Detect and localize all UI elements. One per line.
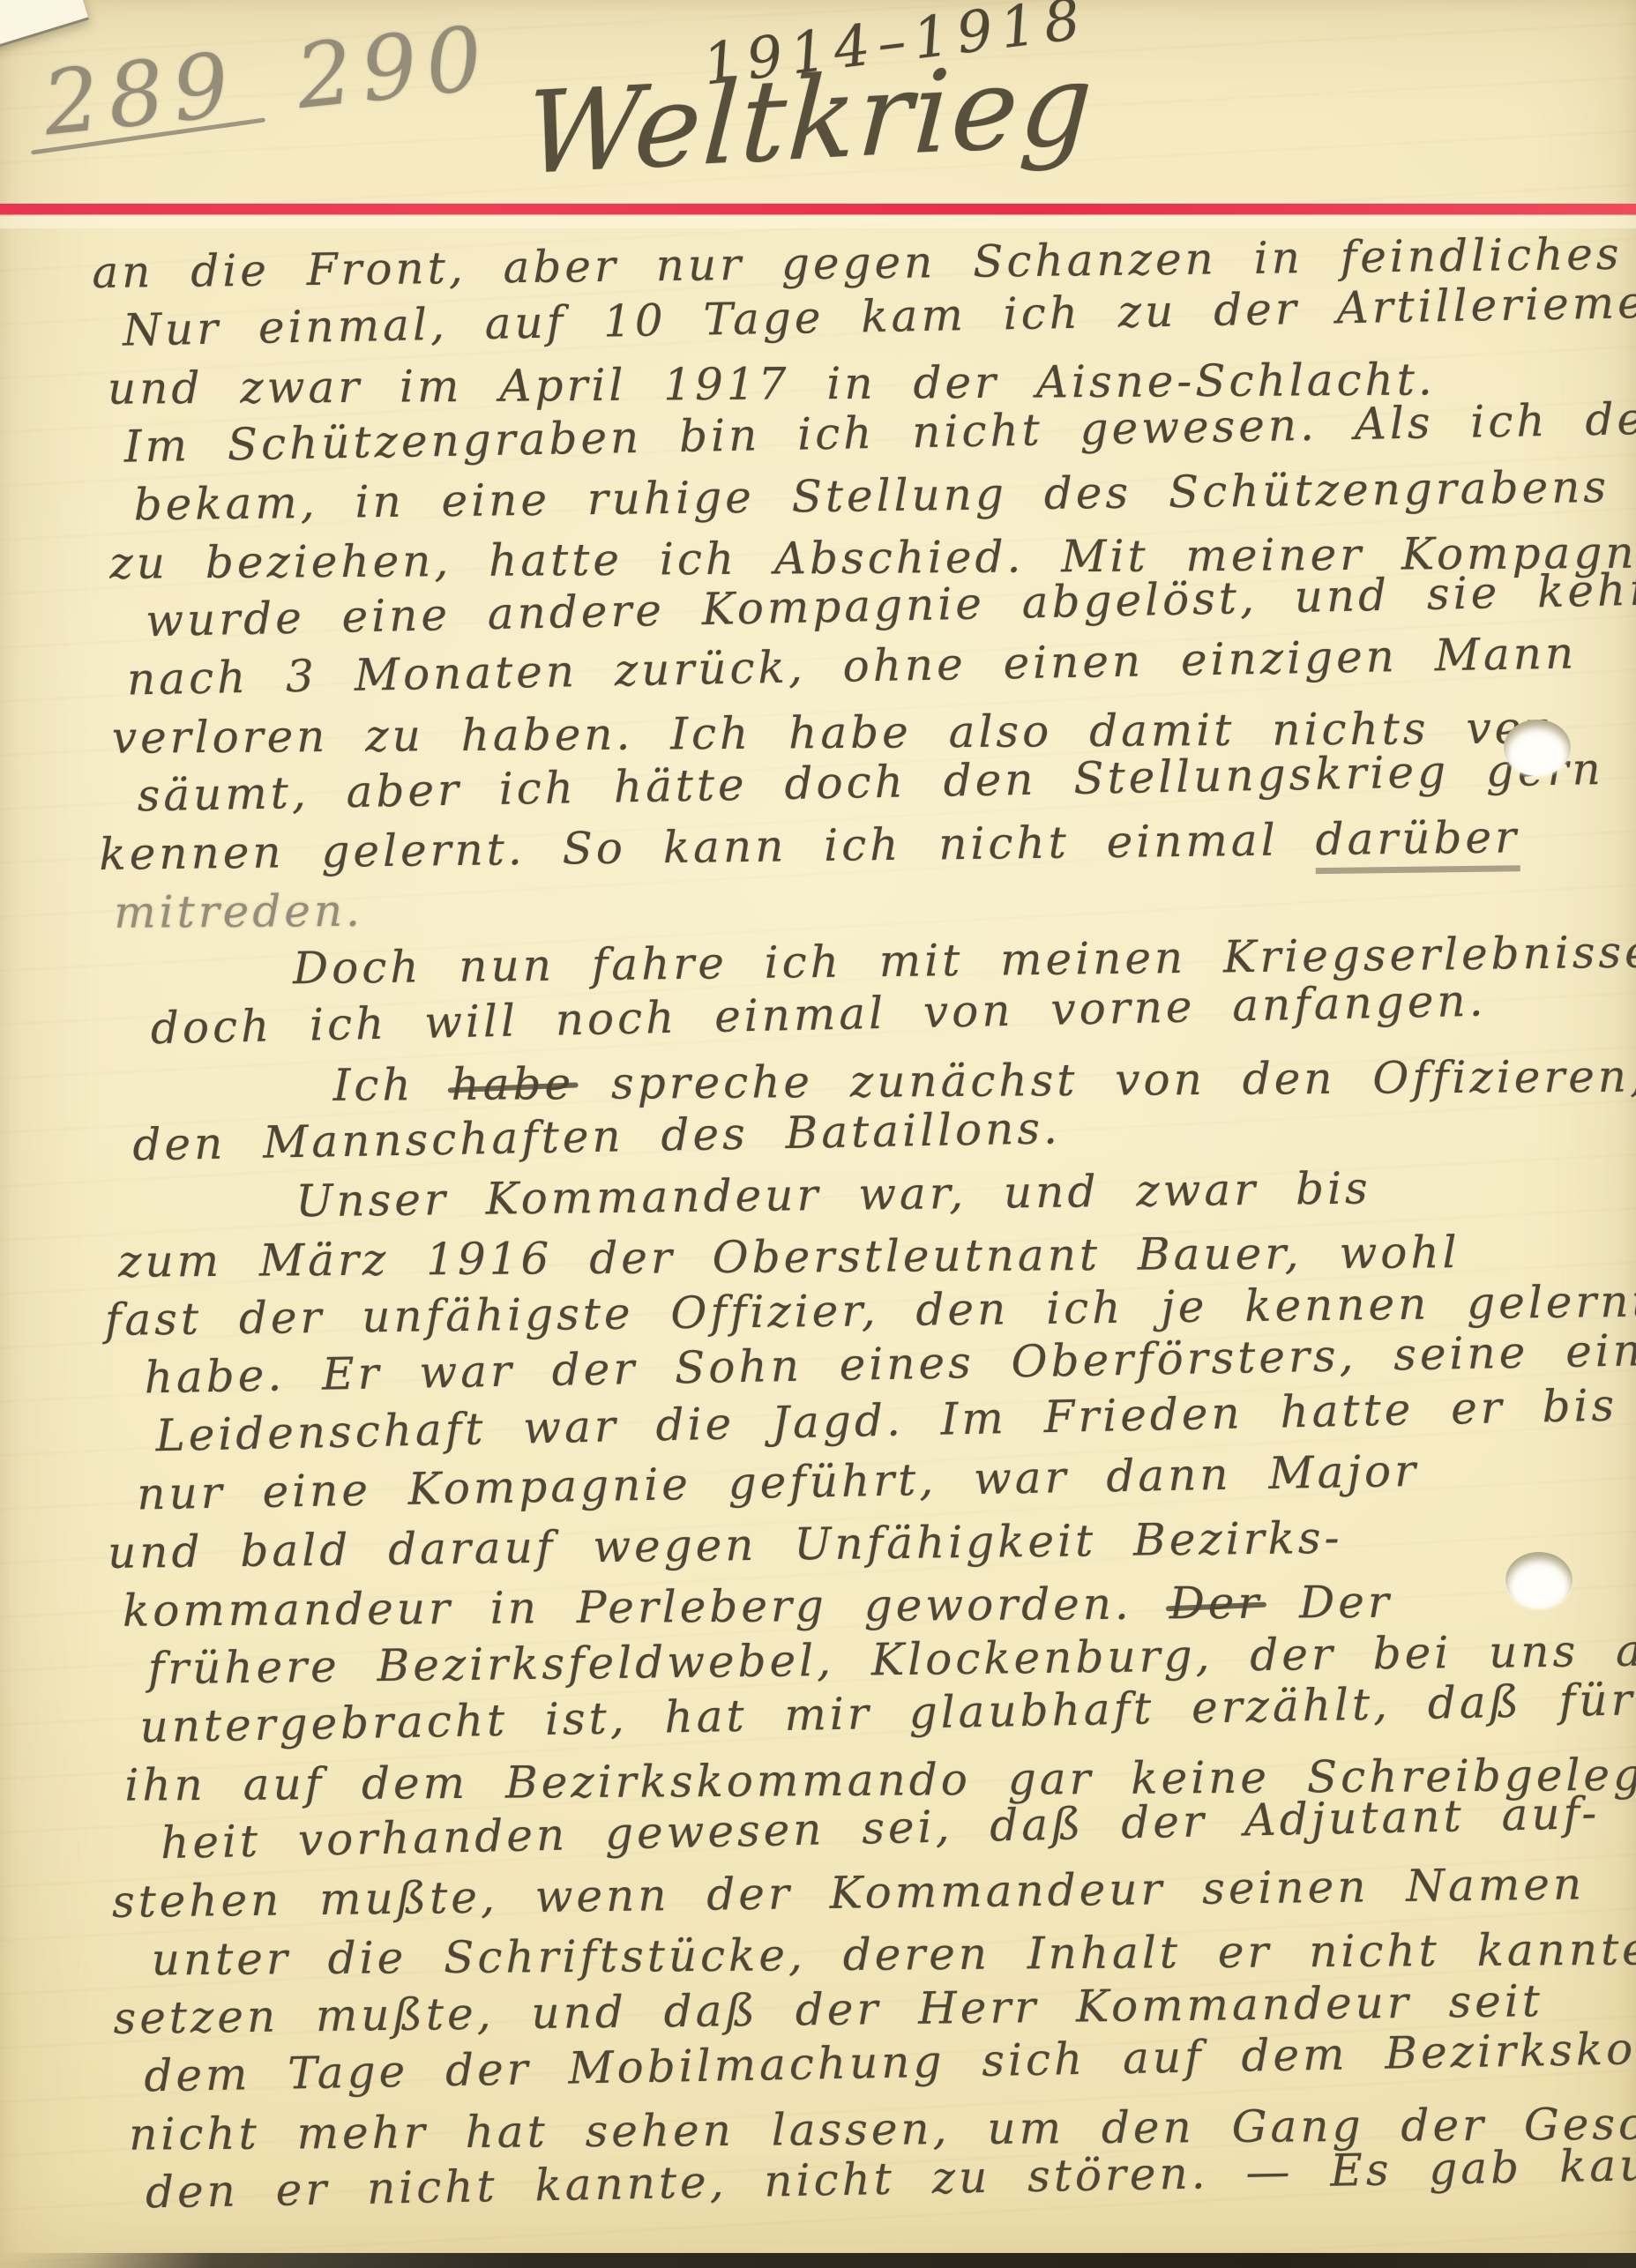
- punch-hole-top: [1504, 720, 1571, 776]
- page-title: Weltkrieg: [523, 48, 1096, 191]
- bottom-scan-edge: [0, 2253, 1636, 2268]
- manuscript-line: kommandeur in Perleberg geworden. Der De…: [123, 1571, 1608, 1640]
- manuscript-line: unter die Schriftstücke, deren Inhalt er…: [152, 1921, 1612, 1989]
- pencil-page-number-290: 290: [291, 6, 496, 129]
- underlined-word: darüber: [1315, 811, 1520, 874]
- red-ledger-rule: [0, 204, 1636, 214]
- manuscript-body: an die Front, aber nur gegen Schanzen in…: [92, 225, 1615, 2222]
- manuscript-page: 289 290 1914–1918 Weltkrieg an die Front…: [0, 0, 1636, 2268]
- manuscript-line: mitreden.: [114, 873, 1599, 942]
- pencil-page-numbers: 289 290: [39, 14, 495, 149]
- struck-word: Der: [1169, 1578, 1262, 1630]
- manuscript-line: zum März 1916 der Oberstleutnant Bauer, …: [118, 1222, 1603, 1291]
- punch-hole-bottom: [1505, 1552, 1573, 1608]
- scan-corner-artifact: [0, 0, 88, 50]
- struck-word: habe: [451, 1058, 574, 1110]
- red-rule-highlight-stripe: [0, 216, 1636, 228]
